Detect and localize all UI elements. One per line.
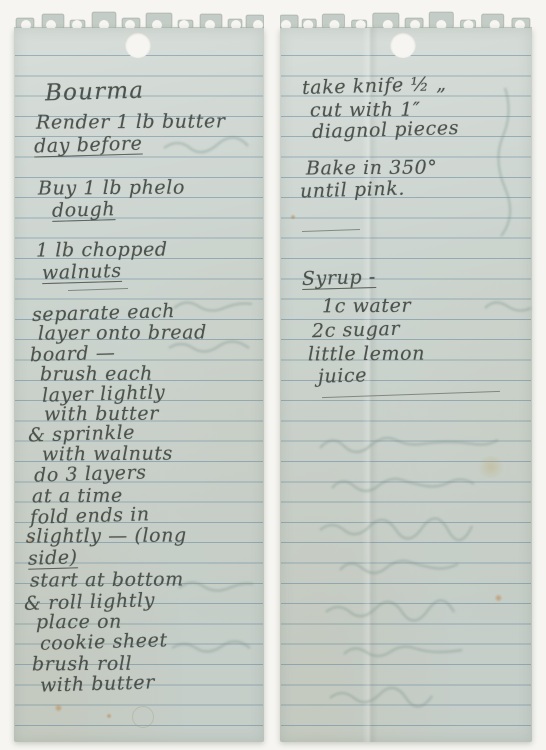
handwriting-line: until pink. [300,179,405,202]
handwriting-line: cut with 1″ [310,100,421,121]
right-page-handwriting: take knife ½ „ cut with 1″ diagnol piece… [280,8,532,742]
handwriting-line: start at bottom [30,569,184,590]
right-note-page: take knife ½ „ cut with 1″ diagnol piece… [280,8,532,742]
handwriting-line: with butter [44,404,159,425]
handwriting-line: layer onto bread [38,322,207,343]
handwriting-line: place on [36,612,122,633]
handwriting-line: dough [52,199,116,221]
handwriting-line: day before [34,133,143,156]
handwriting-line: board — [30,343,116,365]
handwriting-line: diagnol pieces [312,118,460,142]
handwriting-line: 2c sugar [312,319,401,341]
handwriting-line: at a time [32,486,123,507]
handwriting-line: 1c water [322,296,411,317]
syrup-heading: Syrup - [302,267,376,289]
handwriting-line: with walnuts [42,444,173,465]
handwriting-line: juice [318,365,368,386]
handwriting-line: Buy 1 lb phelo [38,177,185,198]
pencil-separator [302,229,360,232]
handwriting-line: do 3 layers [34,462,147,485]
recipe-title: Bourma [45,81,145,104]
handwriting-line: take knife ½ „ [302,74,447,98]
scanned-recipe-photo: { "colors": { "background": "#f6f5f1", "… [0,0,546,750]
handwriting-line: Render 1 lb butter [36,111,226,132]
handwriting-line: walnuts [42,261,122,283]
handwriting-line: side) [28,547,78,568]
handwriting-line: little lemon [308,344,425,365]
handwriting-line: 1 lb chopped [36,240,168,261]
handwriting-line: slightly — (long [26,525,187,546]
handwriting-line: cookie sheet [40,630,168,654]
pencil-rule [322,391,500,398]
pencil-separator [68,288,128,291]
left-page-handwriting: Bourma Render 1 lb butter day before Buy… [14,8,264,742]
left-note-page: Bourma Render 1 lb butter day before Buy… [14,8,264,742]
handwriting-line: brush roll [32,654,132,675]
handwriting-line: with butter [40,672,155,695]
handwriting-line: Bake in 350° [306,158,438,179]
